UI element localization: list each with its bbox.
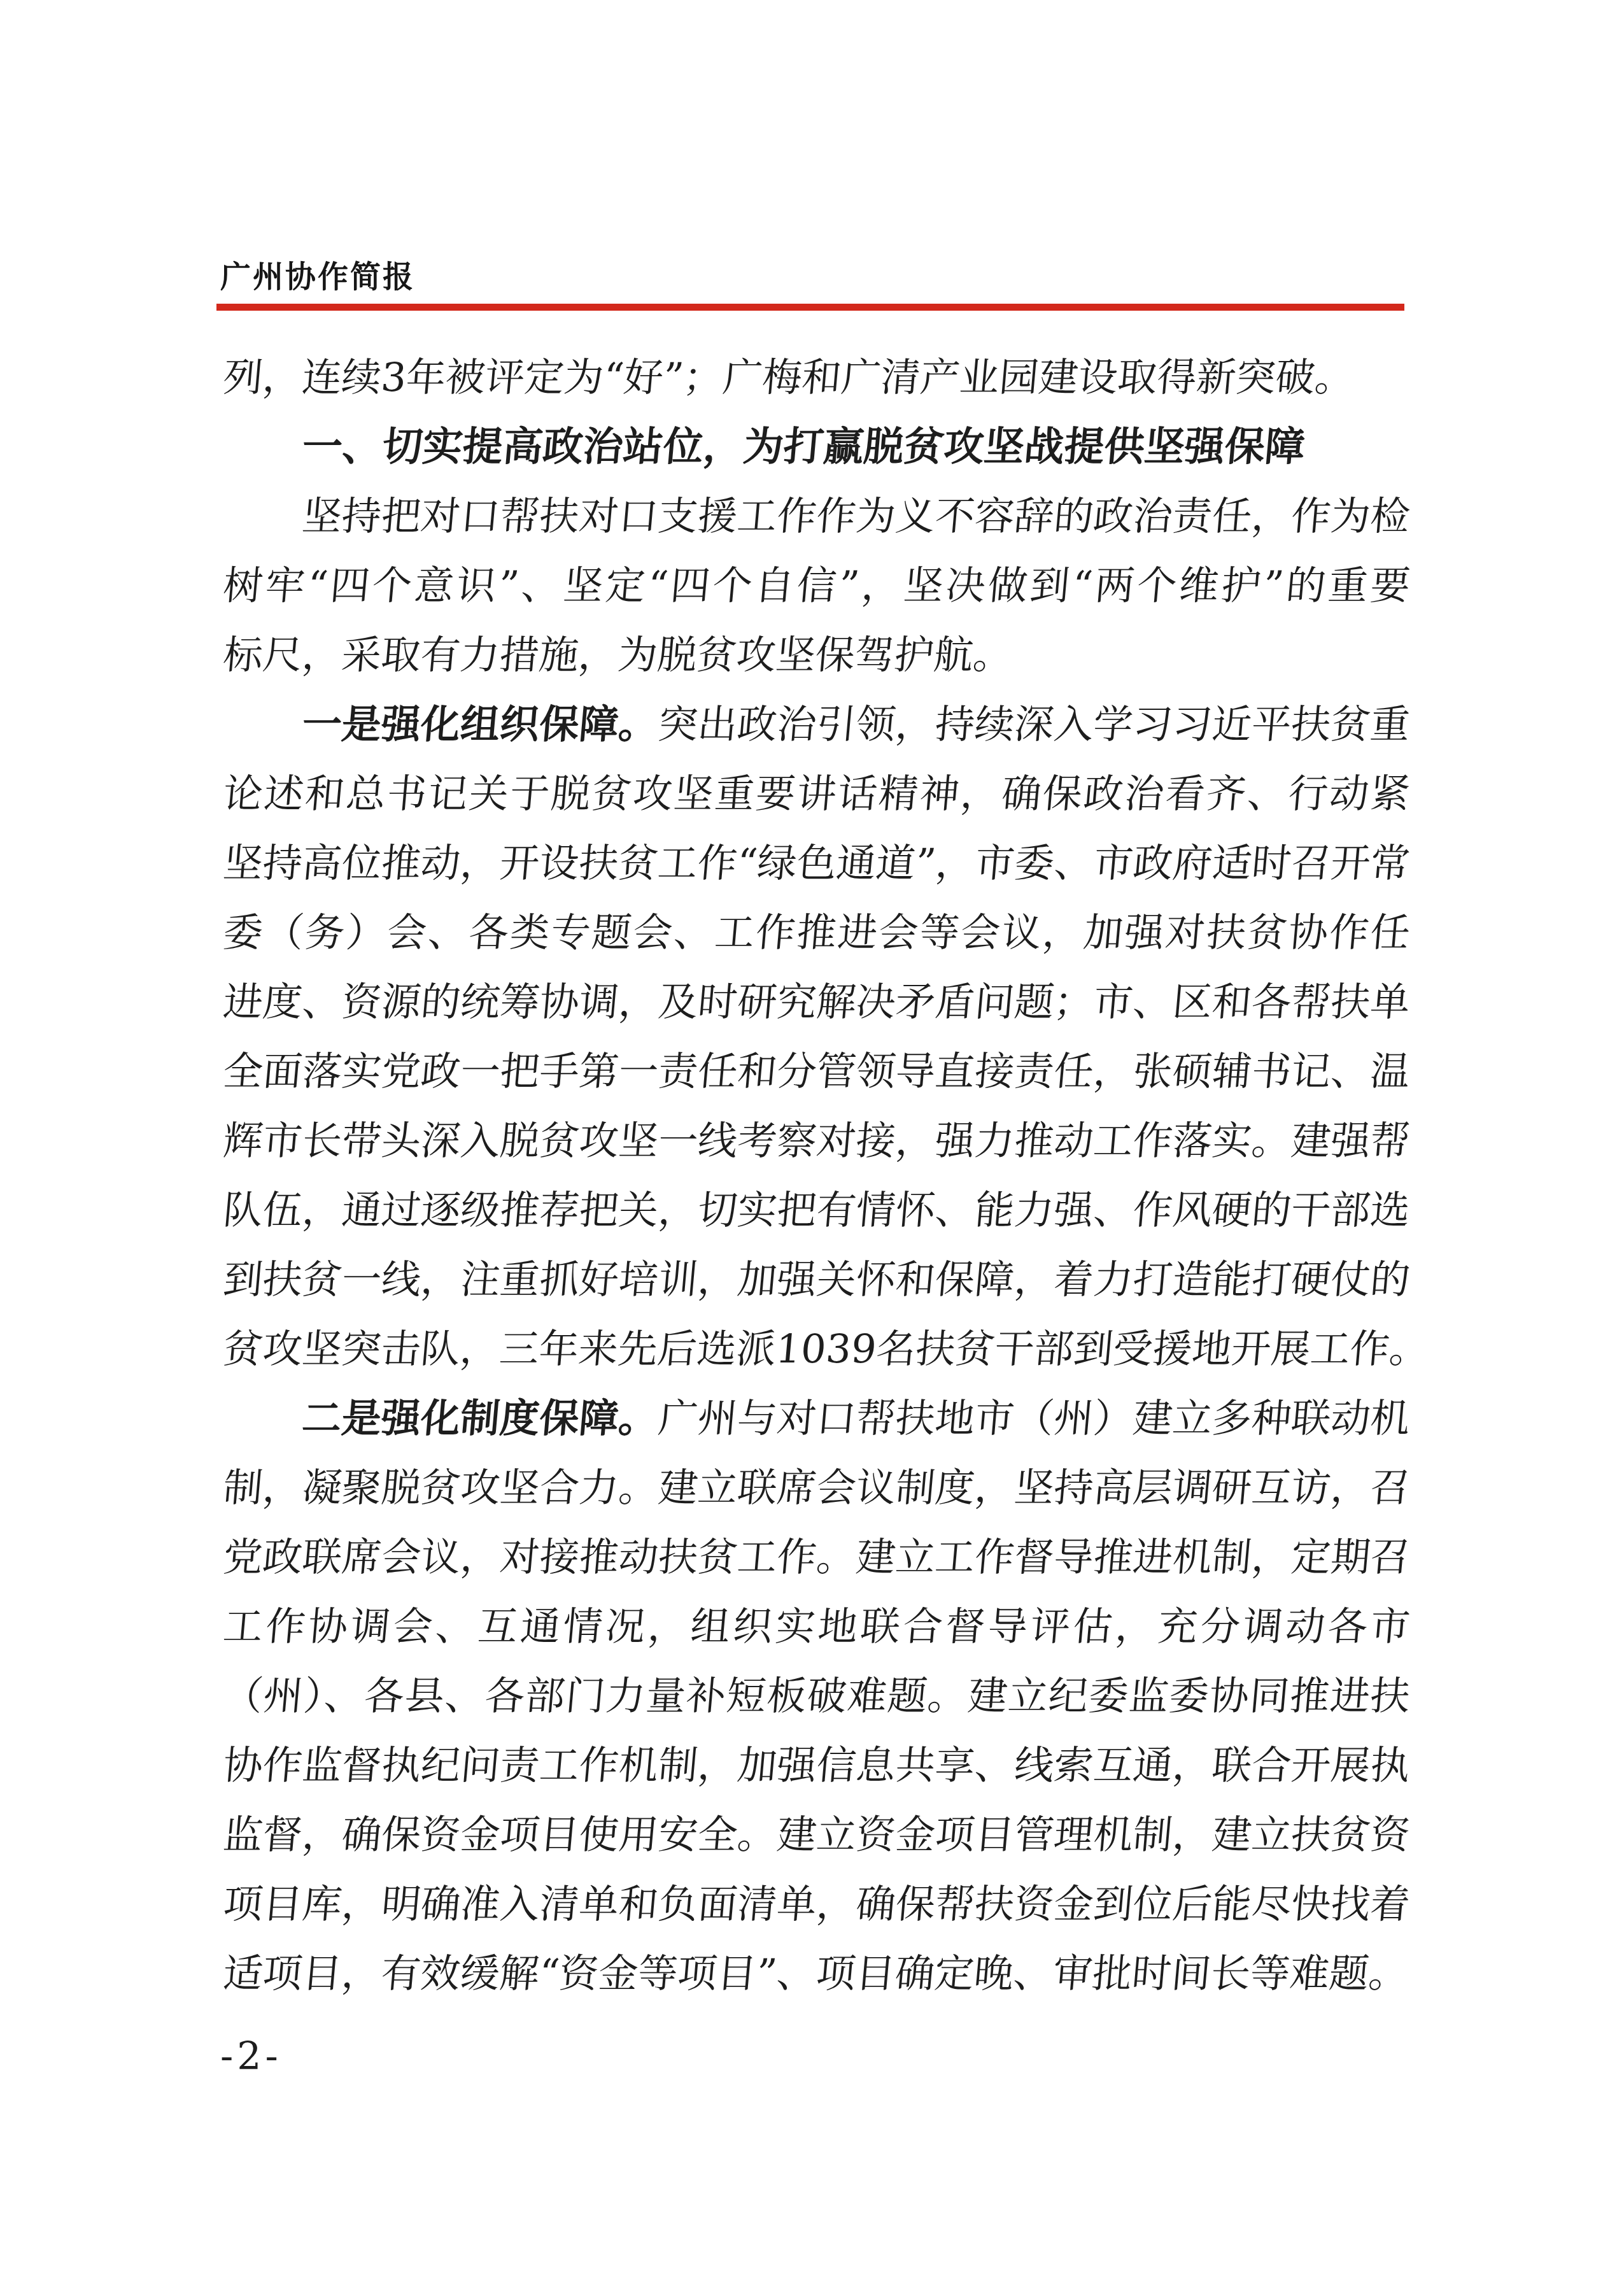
text-line: 贫攻坚突击队，三年来先后选派1039名扶贫干部到受援地开展工作。 bbox=[220, 1314, 1413, 1383]
text-segment: 标尺，采取有力措施，为脱贫攻坚保驾护航。 bbox=[222, 632, 1015, 678]
text-segment: 项目库，明确准入清单和负面清单，确保帮扶资金到位后能尽快找着合 bbox=[220, 1881, 1412, 1939]
text-line: 坚持高位推动，开设扶贫工作“绿色通道”，市委、市政府适时召开常 bbox=[220, 828, 1413, 898]
text-segment: 到扶贫一线，注重抓好培训，加强关怀和保障，着力打造能打硬仗的脱 bbox=[220, 1256, 1412, 1314]
text-segment: 协作监督执纪问责工作机制，加强信息共享、线索互通，联合开展执纪 bbox=[220, 1742, 1412, 1800]
text-segment: 坚持把对口帮扶对口支援工作作为义不容辞的政治责任，作为检验 bbox=[220, 493, 1412, 551]
text-segment: 队伍，通过逐级推荐把关，切实把有情怀、能力强、作风硬的干部选派 bbox=[220, 1187, 1412, 1245]
text-line: 协作监督执纪问责工作机制，加强信息共享、线索互通，联合开展执纪 bbox=[220, 1730, 1413, 1800]
text-segment: 辉市长带头深入脱贫攻坚一线考察对接，强力推动工作落实。建强帮扶 bbox=[220, 1117, 1412, 1175]
text-segment: 党政联席会议，对接推动扶贫工作。建立工作督导推进机制，定期召开 bbox=[220, 1534, 1412, 1592]
text-line: 监督，确保资金项目使用安全。建立资金项目管理机制，建立扶贫资金 bbox=[220, 1800, 1413, 1869]
text-line: 论述和总书记关于脱贫攻坚重要讲话精神，确保政治看齐、行动紧随。 bbox=[220, 759, 1413, 828]
text-segment: 树牢“四个意识”、坚定“四个自信”，坚决做到“两个维护”的重要 bbox=[222, 562, 1412, 609]
text-line: 一是强化组织保障。突出政治引领，持续深入学习习近平扶贫重要 bbox=[220, 690, 1413, 759]
text-line: 项目库，明确准入清单和负面清单，确保帮扶资金到位后能尽快找着合 bbox=[220, 1869, 1413, 1939]
text-segment: 一是强化组织保障。 bbox=[300, 701, 661, 747]
text-segment: 论述和总书记关于脱贫攻坚重要讲话精神，确保政治看齐、行动紧随。 bbox=[220, 770, 1412, 828]
page-header-title: 广州协作简报 bbox=[220, 252, 415, 296]
text-line: 到扶贫一线，注重抓好培训，加强关怀和保障，着力打造能打硬仗的脱 bbox=[220, 1245, 1413, 1314]
section-heading: 一、切实提高政治站位，为打赢脱贫攻坚战提供坚强保障 bbox=[220, 412, 1413, 481]
text-segment: 委（务）会、各类专题会、工作推进会等会议，加强对扶贫协作任务、 bbox=[220, 909, 1412, 967]
text-line: 坚持把对口帮扶对口支援工作作为义不容辞的政治责任，作为检验 bbox=[220, 481, 1413, 551]
text-line: 标尺，采取有力措施，为脱贫攻坚保驾护航。 bbox=[220, 620, 1413, 690]
text-segment: 贫攻坚突击队，三年来先后选派1039名扶贫干部到受援地开展工作。 bbox=[222, 1326, 1431, 1372]
document-page: 广州协作简报 列，连续3年被评定为“好”；广梅和广清产业园建设取得新突破。一、切… bbox=[0, 0, 1624, 2278]
text-line: 制，凝聚脱贫攻坚合力。建立联席会议制度，坚持高层调研互访，召开 bbox=[220, 1453, 1413, 1522]
text-segment: 进度、资源的统筹协调，及时研究解决矛盾问题；市、区和各帮扶单位 bbox=[220, 979, 1412, 1036]
text-line: 辉市长带头深入脱贫攻坚一线考察对接，强力推动工作落实。建强帮扶 bbox=[220, 1106, 1413, 1175]
text-segment: 全面落实党政一把手第一责任和分管领导直接责任，张硕辅书记、温国 bbox=[220, 1048, 1412, 1106]
text-line: 党政联席会议，对接推动扶贫工作。建立工作督导推进机制，定期召开 bbox=[220, 1522, 1413, 1592]
text-segment: 二是强化制度保障。 bbox=[300, 1395, 661, 1441]
text-line: 进度、资源的统筹协调，及时研究解决矛盾问题；市、区和各帮扶单位 bbox=[220, 967, 1413, 1036]
text-line: 列，连续3年被评定为“好”；广梅和广清产业园建设取得新突破。 bbox=[220, 343, 1413, 412]
text-line: 二是强化制度保障。广州与对口帮扶地市（州）建立多种联动机 bbox=[220, 1383, 1413, 1453]
text-line: 全面落实党政一把手第一责任和分管领导直接责任，张硕辅书记、温国 bbox=[220, 1036, 1413, 1106]
text-segment: 列，连续3年被评定为“好”；广梅和广清产业园建设取得新突破。 bbox=[222, 354, 1357, 400]
text-segment: （州）、各县、各部门力量补短板破难题。建立纪委监委协同推进扶贫 bbox=[220, 1673, 1412, 1730]
header-rule bbox=[216, 304, 1404, 311]
text-segment: 工作协调会、互通情况，组织实地联合督导评估，充分调动各市 bbox=[222, 1603, 1412, 1650]
page-number: -2- bbox=[220, 2025, 282, 2088]
text-line: 队伍，通过逐级推荐把关，切实把有情怀、能力强、作风硬的干部选派 bbox=[220, 1175, 1413, 1245]
text-line: 工作协调会、互通情况，组织实地联合督导评估，充分调动各市 bbox=[220, 1592, 1413, 1661]
text-segment: 一、切实提高政治站位，为打赢脱贫攻坚战提供坚强保障 bbox=[300, 423, 1307, 470]
text-line: 适项目，有效缓解“资金等项目”、项目确定晚、审批时间长等难题。 bbox=[220, 1939, 1413, 2008]
text-segment: 坚持高位推动，开设扶贫工作“绿色通道”，市委、市政府适时召开常 bbox=[222, 840, 1412, 886]
text-segment: 监督，确保资金项目使用安全。建立资金项目管理机制，建立扶贫资金 bbox=[220, 1811, 1412, 1869]
content: 列，连续3年被评定为“好”；广梅和广清产业园建设取得新突破。一、切实提高政治站位… bbox=[220, 343, 1407, 2008]
text-line: （州）、各县、各部门力量补短板破难题。建立纪委监委协同推进扶贫 bbox=[220, 1661, 1413, 1730]
text-segment: 制，凝聚脱贫攻坚合力。建立联席会议制度，坚持高层调研互访，召开 bbox=[220, 1464, 1412, 1522]
text-segment: 广州与对口帮扶地市（州）建立多种联动机 bbox=[656, 1395, 1412, 1441]
text-line: 委（务）会、各类专题会、工作推进会等会议，加强对扶贫协作任务、 bbox=[220, 898, 1413, 967]
text-line: 树牢“四个意识”、坚定“四个自信”，坚决做到“两个维护”的重要 bbox=[220, 551, 1413, 620]
text-segment: 适项目，有效缓解“资金等项目”、项目确定晚、审批时间长等难题。 bbox=[222, 1950, 1411, 1997]
